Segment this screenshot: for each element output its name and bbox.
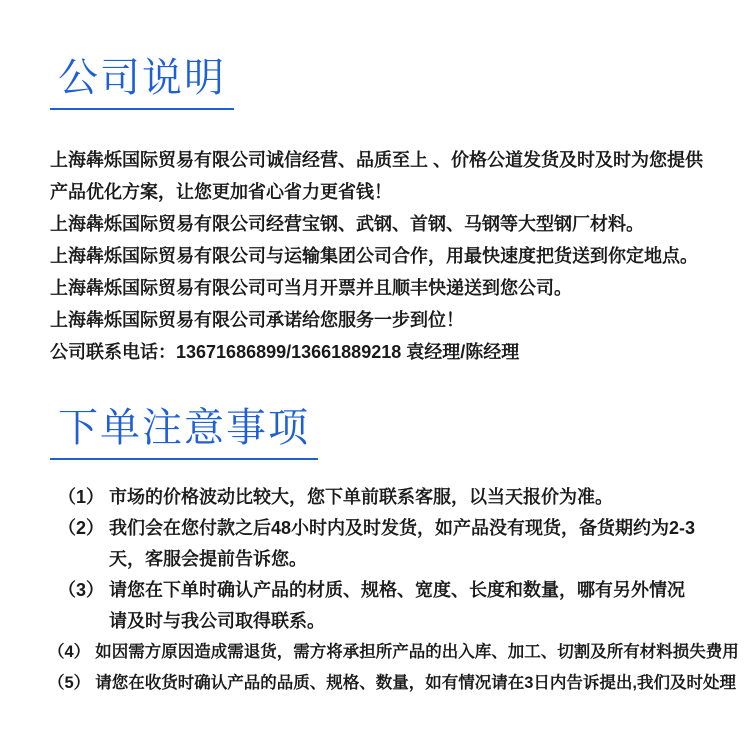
order-note-item: （2） 我们会在您付款之后48小时内及时发货，如产品没有现货，备货期约为2-3 …: [58, 513, 712, 575]
product-description-page: 公司说明 上海犇烁国际贸易有限公司诚信经营、品质至上 、价格公道发货及时及时为您…: [0, 0, 750, 750]
item-line: 我们会在您付款之后48小时内及时发货，如产品没有现货，备货期约为2-3: [109, 513, 695, 544]
item-marker: （1）: [58, 482, 104, 513]
item-marker: （3）: [58, 575, 104, 606]
item-marker: （2）: [58, 513, 104, 544]
item-line: 请您在下单时确认产品的材质、规格、宽度、长度和数量，哪有另外情况: [109, 575, 685, 606]
order-note-item: （4） 如因需方原因造成需退货，需方将承担所产品的出入库、加工、切割及所有材料损…: [48, 637, 712, 668]
order-section-title: 下单注意事项: [50, 406, 318, 460]
company-note-line: 上海犇烁国际贸易有限公司可当月开票并且顺丰快递送到您公司。: [50, 272, 712, 304]
item-line: 市场的价格波动比较大，您下单前联系客服，以当天报价为准。: [109, 482, 613, 513]
company-note-line: 产品优化方案，让您更加省心省力更省钱！: [50, 176, 712, 208]
order-notes-list: （1） 市场的价格波动比较大，您下单前联系客服，以当天报价为准。 （2） 我们会…: [58, 482, 712, 699]
item-marker: （5）: [48, 668, 90, 699]
order-note-item: （1） 市场的价格波动比较大，您下单前联系客服，以当天报价为准。: [58, 482, 712, 513]
item-line: 天，客服会提前告诉您。: [109, 544, 695, 575]
company-notes: 上海犇烁国际贸易有限公司诚信经营、品质至上 、价格公道发货及时及时为您提供 产品…: [50, 144, 712, 368]
company-contact-line: 公司联系电话：13671686899/13661889218 袁经理/陈经理: [50, 336, 712, 368]
order-note-item: （5） 请您在收货时确认产品的品质、规格、数量，如有情况请在3日内告诉提出,我们…: [48, 668, 712, 699]
item-marker: （4）: [48, 637, 90, 668]
order-note-item: （3） 请您在下单时确认产品的材质、规格、宽度、长度和数量，哪有另外情况 请及时…: [58, 575, 712, 637]
item-line: 如因需方原因造成需退货，需方将承担所产品的出入库、加工、切割及所有材料损失费用: [95, 637, 739, 668]
company-note-line: 上海犇烁国际贸易有限公司诚信经营、品质至上 、价格公道发货及时及时为您提供: [50, 144, 712, 176]
company-note-line: 上海犇烁国际贸易有限公司与运输集团公司合作，用最快速度把货送到你定地点。: [50, 240, 712, 272]
company-section: 公司说明 上海犇烁国际贸易有限公司诚信经营、品质至上 、价格公道发货及时及时为您…: [50, 56, 712, 368]
company-note-line: 上海犇烁国际贸易有限公司承诺给您服务一步到位！: [50, 304, 712, 336]
company-note-line: 上海犇烁国际贸易有限公司经营宝钢、武钢、首钢、马钢等大型钢厂材料。: [50, 208, 712, 240]
order-section: 下单注意事项 （1） 市场的价格波动比较大，您下单前联系客服，以当天报价为准。 …: [50, 406, 712, 699]
company-section-title: 公司说明: [50, 56, 234, 110]
item-line: 请您在收货时确认产品的品质、规格、数量，如有情况请在3日内告诉提出,我们及时处理: [95, 668, 736, 699]
item-line: 请及时与我公司取得联系。: [109, 606, 685, 637]
